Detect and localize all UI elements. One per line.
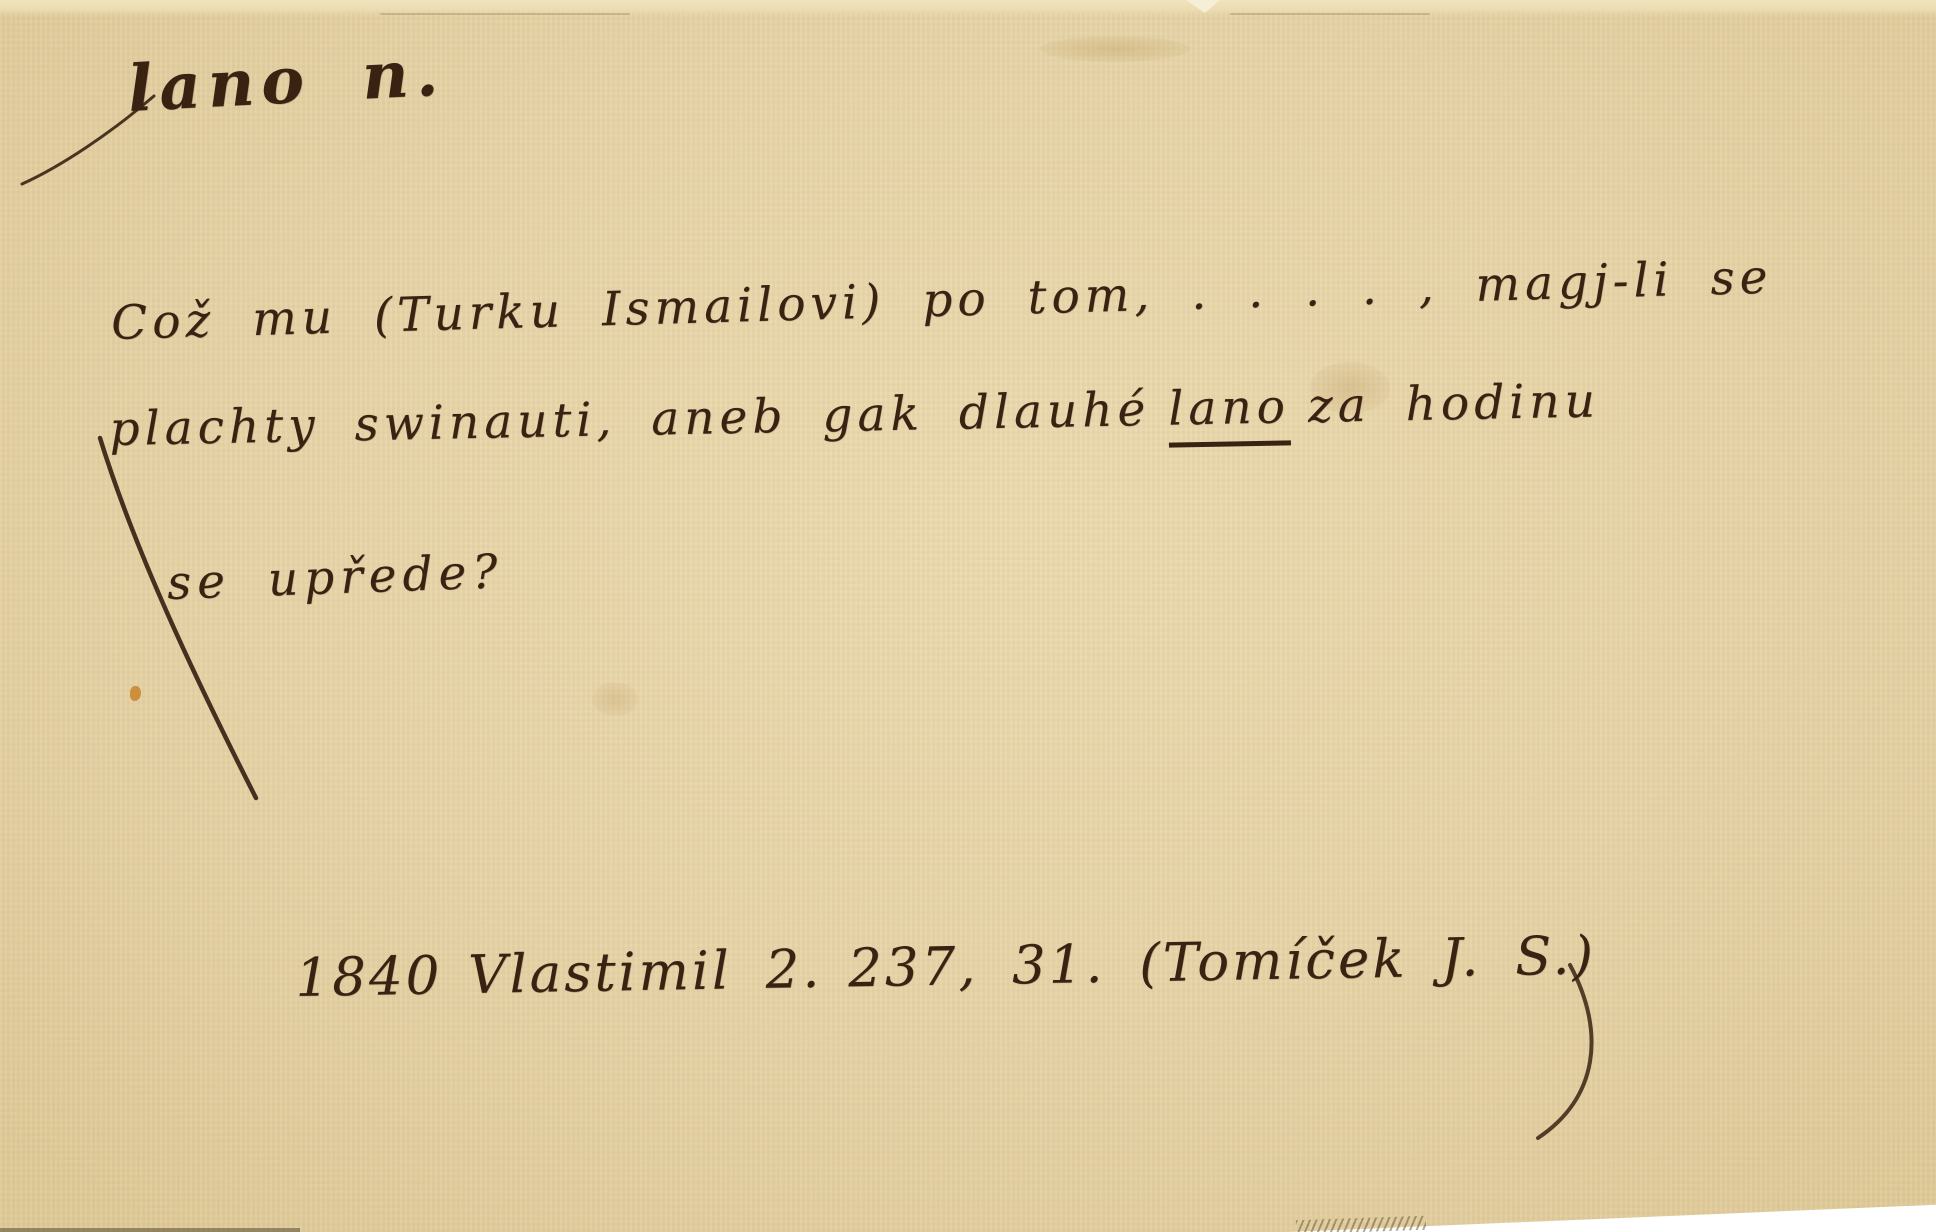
ink-flourish-strokes [0,0,1936,1232]
citation-line: 1840Vlastimil 2.237, 31.(Tomíček J. S.) [295,925,1597,1009]
paper-crease [1230,13,1430,15]
quote-line-3: se upřede? [166,544,504,611]
citation-paren-flourish [1538,965,1592,1138]
headword: lano n. [126,36,447,127]
ink-speck [130,686,141,701]
citation-source: Vlastimil 2. [468,939,823,1006]
paper-bottom-edge [0,1228,300,1232]
torn-top-edge [0,0,1936,16]
paper-stain [592,682,638,716]
citation-year: 1840 [295,945,443,1009]
quote-line-2: plachty swinauti, aneb gak dlauhélanoza … [109,373,1600,457]
paper-edge-hatching [1296,1216,1426,1232]
diagonal-slash-stroke [100,438,256,798]
quote-line-2-text: plachty swinauti, aneb gak dlauhé [109,382,1151,457]
citation-pages: 237, 31. [848,934,1106,999]
paper-stain [1040,36,1190,62]
underlined-lemma: lano [1168,379,1291,447]
quote-line-1: Což mu (Turku Ismailovi) po tom, . . . .… [110,250,1773,351]
citation-author: (Tomíček J. S.) [1139,925,1597,994]
scanned-excerpt-slip: lano n. Což mu (Turku Ismailovi) po tom,… [0,0,1936,1232]
quote-line-2-tail: za hodinu [1307,373,1600,434]
paper-crease [380,13,630,15]
